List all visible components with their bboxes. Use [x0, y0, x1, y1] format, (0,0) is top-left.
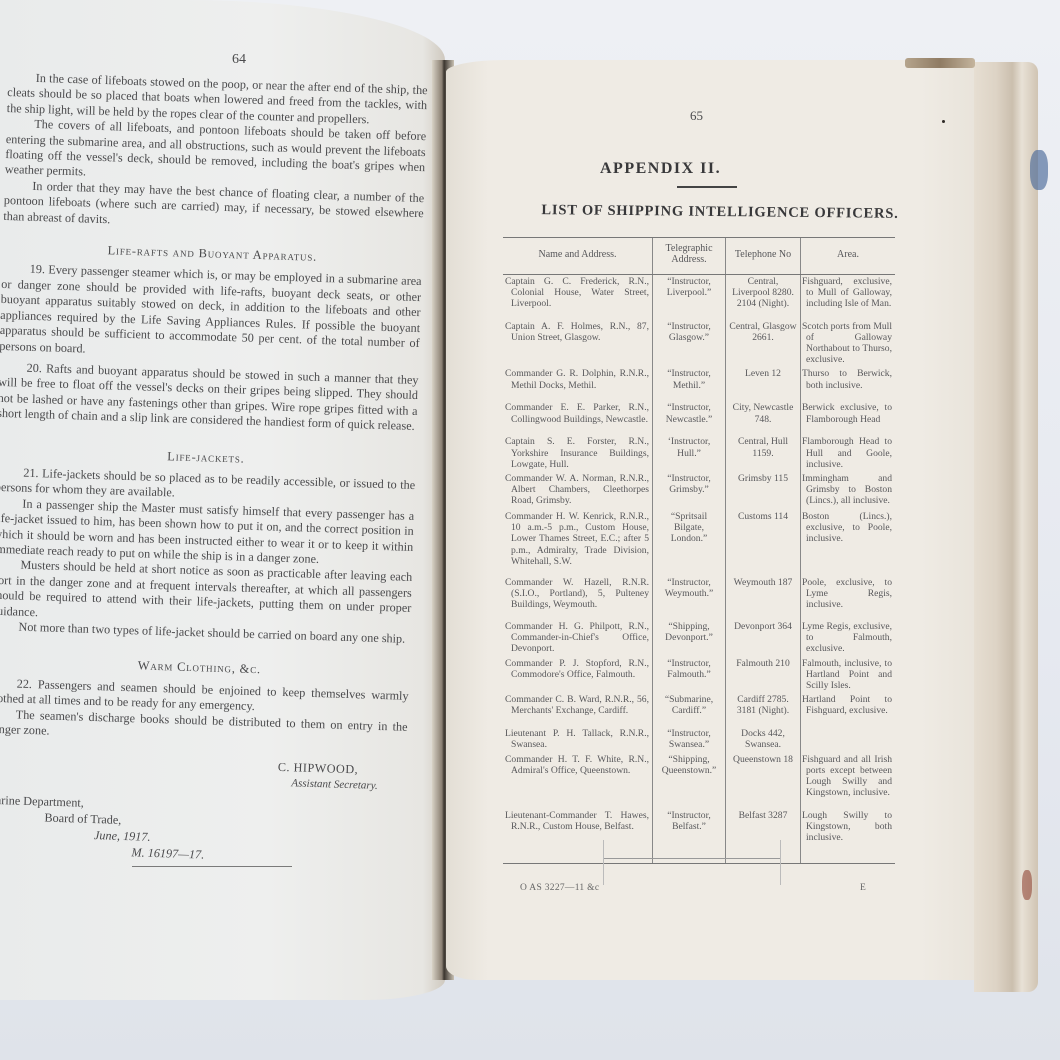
telegraphic-address: “Instructor, Weymouth.” [653, 576, 726, 620]
table-row: Commander G. R. Dolphin, R.N.R., Methil … [503, 367, 895, 401]
address-block: Marine Department, Board of Trade, June,… [0, 792, 405, 869]
ink-spot [942, 120, 945, 123]
area: Berwick exclusive, to Flamborough Head [801, 401, 896, 435]
officer-name-address: Commander W. Hazell, R.N.R. (S.I.O., Por… [503, 576, 653, 620]
column-header-telegraphic: Telegraphic Address. [653, 238, 726, 275]
end-rule [132, 866, 292, 867]
telegraphic-address: “Shipping, Devonport.” [653, 620, 726, 657]
table-row: Captain G. C. Frederick, R.N., Colonial … [503, 275, 895, 320]
column-header-name: Name and Address. [503, 238, 653, 275]
show-through-lines [603, 840, 781, 885]
printer-code: O AS 3227—11 &c [520, 883, 599, 893]
telegraphic-address: “Instructor, Grimsby.” [653, 472, 726, 510]
area: Immingham and Grimsby to Boston (Lincs.)… [801, 472, 896, 510]
table-row: Commander W. Hazell, R.N.R. (S.I.O., Por… [503, 576, 895, 620]
officer-name-address: Commander H. W. Kenrick, R.N.R., 10 a.m.… [503, 510, 653, 576]
telephone-number: Weymouth 187 [726, 576, 801, 620]
officer-name-address: Commander H. G. Philpott, R.N., Commande… [503, 620, 653, 657]
officer-name-address: Commander G. R. Dolphin, R.N.R., Methil … [503, 367, 653, 401]
area: Thurso to Berwick, both inclusive. [801, 367, 896, 401]
signature-mark: E [860, 883, 866, 893]
telephone-number: Falmouth 210 [726, 657, 801, 694]
telephone-number: Leven 12 [726, 367, 801, 401]
telephone-number: Central, Glasgow 2661. [726, 320, 801, 368]
telegraphic-address: “Instructor, Falmouth.” [653, 657, 726, 694]
table-row: Commander H. W. Kenrick, R.N.R., 10 a.m.… [503, 510, 895, 576]
officer-name-address: Commander E. E. Parker, R.N., Collingwoo… [503, 401, 653, 435]
page-edges [974, 62, 1038, 992]
telephone-number: Grimsby 115 [726, 472, 801, 510]
telegraphic-address: “Instructor, Methil.” [653, 367, 726, 401]
table-row: Commander H. T. F. White, R.N., Admiral'… [503, 753, 895, 809]
officers-table: Name and Address. Telegraphic Address. T… [503, 237, 895, 864]
area: Poole, exclusive, to Lyme Regis, inclusi… [801, 576, 896, 620]
officer-name-address: Lieutenant P. H. Tallack, R.N.R., Swanse… [503, 727, 653, 752]
telegraphic-address: “Submarine, Cardiff.” [653, 693, 726, 727]
officer-name-address: Commander P. J. Stopford, R.N., Commodor… [503, 657, 653, 694]
officer-name-address: Captain S. E. Forster, R.N., Yorkshire I… [503, 435, 653, 472]
area: Flamborough Head to Hull and Goole, incl… [801, 435, 896, 472]
table-header-row: Name and Address. Telegraphic Address. T… [503, 238, 895, 275]
telegraphic-address: “Instructor, Newcastle.” [653, 401, 726, 435]
left-page: 64 In the case of lifeboats stowed on th… [0, 0, 445, 1000]
signature-block: C. HIPWOOD, Assistant Secretary. [0, 751, 406, 795]
area: Lough Swilly to Kingstown, both inclusiv… [801, 809, 896, 864]
area: Boston (Lincs.), exclusive, to Poole, in… [801, 510, 896, 576]
officer-name-address: Commander C. B. Ward, R.N.R., 56, Mercha… [503, 693, 653, 727]
telephone-number: Devonport 364 [726, 620, 801, 657]
paragraph: 20. Rafts and buoyant apparatus should b… [0, 360, 419, 435]
table-row: Commander W. A. Norman, R.N.R., Albert C… [503, 472, 895, 510]
table-row: Commander H. G. Philpott, R.N., Commande… [503, 620, 895, 657]
telephone-number: City, Newcastle 748. [726, 401, 801, 435]
left-page-text: In the case of lifeboats stowed on the p… [0, 70, 428, 869]
appendix-title: APPENDIX II. [600, 160, 721, 178]
table-row: Commander P. J. Stopford, R.N., Commodor… [503, 657, 895, 694]
area: Fishguard and all Irish ports except bet… [801, 753, 896, 809]
table-row: Captain A. F. Holmes, R.N., 87, Union St… [503, 320, 895, 368]
telegraphic-address: “Shipping, Queenstown.” [653, 753, 726, 809]
column-header-area: Area. [801, 238, 896, 275]
column-header-telephone: Telephone No [726, 238, 801, 275]
area [801, 727, 896, 752]
table-row: Commander E. E. Parker, R.N., Collingwoo… [503, 401, 895, 435]
area: Lyme Regis, exclusive, to Falmouth, excl… [801, 620, 896, 657]
telegraphic-address: ‘Instructor, Hull.” [653, 435, 726, 472]
telephone-number: Customs 114 [726, 510, 801, 576]
officer-name-address: Commander H. T. F. White, R.N., Admiral'… [503, 753, 653, 809]
table-row: Commander C. B. Ward, R.N.R., 56, Mercha… [503, 693, 895, 727]
show-through-rule [604, 858, 780, 859]
officer-name-address: Commander W. A. Norman, R.N.R., Albert C… [503, 472, 653, 510]
page-number: 64 [232, 52, 246, 68]
red-stain [1022, 870, 1032, 900]
telegraphic-address: “Spritsail Bilgate, London.” [653, 510, 726, 576]
page-number: 65 [690, 108, 703, 124]
telephone-number: Central, Liverpool 8280. 2104 (Night). [726, 275, 801, 320]
table-row: Captain S. E. Forster, R.N., Yorkshire I… [503, 435, 895, 472]
area: Falmouth, inclusive, to Hartland Point a… [801, 657, 896, 694]
officer-name-address: Captain A. F. Holmes, R.N., 87, Union St… [503, 320, 653, 368]
telephone-number: Docks 442, Swansea. [726, 727, 801, 752]
area: Scotch ports from Mull of Galloway North… [801, 320, 896, 368]
blue-stain [1030, 150, 1048, 190]
area: Fishguard, exclusive, to Mull of Gallowa… [801, 275, 896, 320]
torn-edge [905, 58, 975, 68]
telegraphic-address: “Instructor, Glasgow.” [653, 320, 726, 368]
table-row: Lieutenant P. H. Tallack, R.N.R., Swanse… [503, 727, 895, 752]
title-rule [677, 186, 737, 188]
area: Hartland Point to Fishguard, exclusive. [801, 693, 896, 727]
telephone-number: Cardiff 2785. 3181 (Night). [726, 693, 801, 727]
telephone-number: Central, Hull 1159. [726, 435, 801, 472]
telegraphic-address: “Instructor, Liverpool.” [653, 275, 726, 320]
telegraphic-address: “Instructor, Swansea.” [653, 727, 726, 752]
paragraph: 19. Every passenger steamer which is, or… [0, 261, 422, 367]
telephone-number: Queenstown 18 [726, 753, 801, 809]
officer-name-address: Captain G. C. Frederick, R.N., Colonial … [503, 275, 653, 320]
